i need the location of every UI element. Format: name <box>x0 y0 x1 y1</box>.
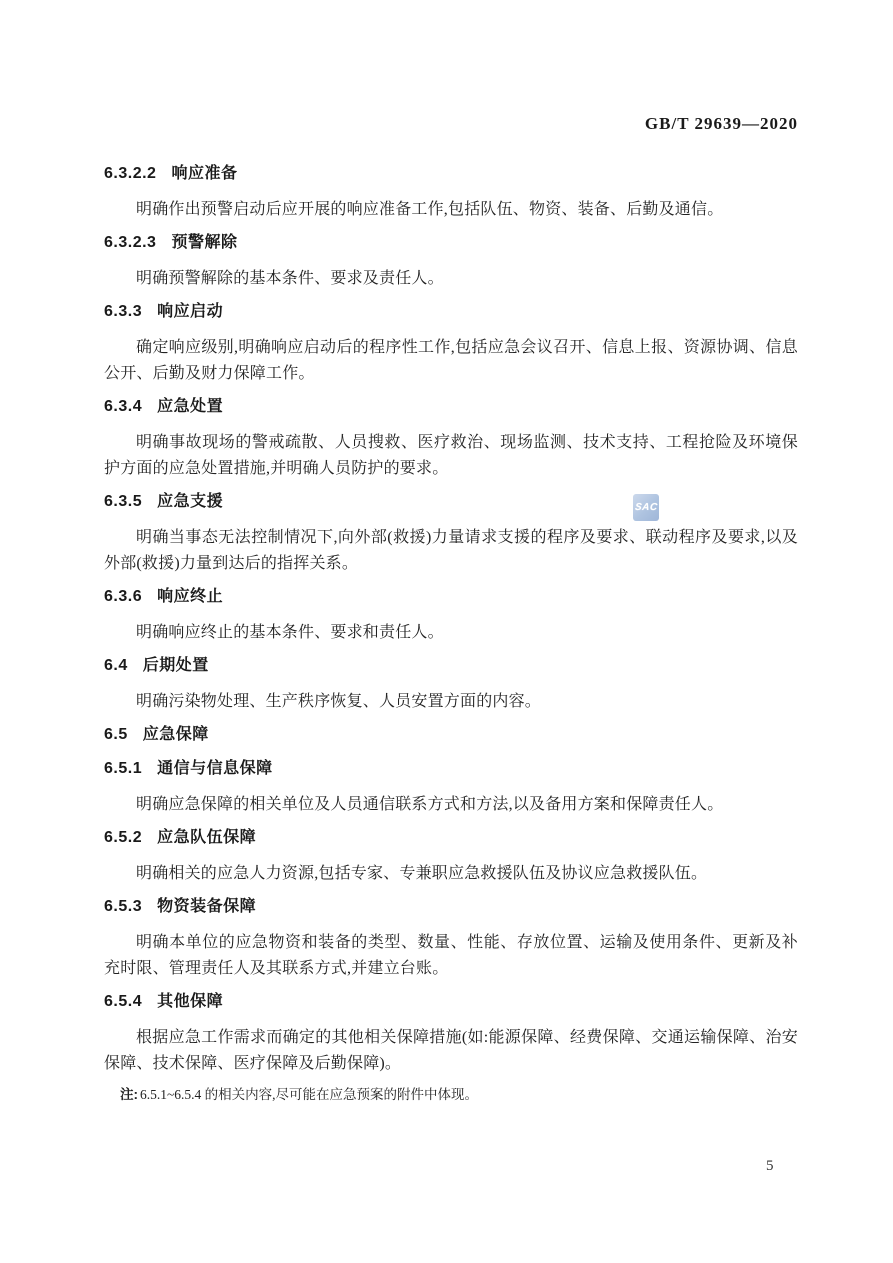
document-section: 6.3.2.2响应准备 明确作出预警启动后应开展的响应准备工作,包括队伍、物资、… <box>104 163 798 223</box>
section-title: 应急支援 <box>157 493 223 510</box>
section-number: 6.3.2.3 <box>104 232 156 254</box>
note-label: 注: <box>120 1087 138 1102</box>
section-paragraph: 明确预警解除的基本条件、要求及责任人。 <box>104 266 798 292</box>
document-section: 6.5.2应急队伍保障 明确相关的应急人力资源,包括专家、专兼职应急救援队伍及协… <box>104 827 798 887</box>
section-number: 6.3.5 <box>104 491 142 513</box>
section-heading: 6.3.5应急支援 <box>104 491 798 513</box>
document-note: 注:6.5.1~6.5.4 的相关内容,尽可能在应急预案的附件中体现。 <box>120 1085 798 1105</box>
section-title: 物资装备保障 <box>157 898 256 915</box>
document-page: GB/T 29639—2020 6.3.2.2响应准备 明确作出预警启动后应开展… <box>0 0 893 1263</box>
standard-number-header: GB/T 29639—2020 <box>104 112 798 136</box>
section-heading: 6.3.6响应终止 <box>104 586 798 608</box>
section-heading: 6.3.4应急处置 <box>104 396 798 418</box>
document-section: 6.5应急保障 <box>104 724 798 746</box>
section-heading: 6.5.1通信与信息保障 <box>104 758 798 780</box>
section-title: 通信与信息保障 <box>157 760 273 777</box>
section-paragraph: 明确事故现场的警戒疏散、人员搜救、医疗救治、现场监测、技术支持、工程抢险及环境保… <box>104 430 798 482</box>
section-paragraph: 明确当事态无法控制情况下,向外部(救援)力量请求支援的程序及要求、联动程序及要求… <box>104 525 798 577</box>
section-paragraph: 明确本单位的应急物资和装备的类型、数量、性能、存放位置、运输及使用条件、更新及补… <box>104 930 798 982</box>
section-number: 6.5.3 <box>104 896 142 918</box>
section-heading: 6.4后期处置 <box>104 655 798 677</box>
section-paragraph: 明确作出预警启动后应开展的响应准备工作,包括队伍、物资、装备、后勤及通信。 <box>104 197 798 223</box>
section-number: 6.5.2 <box>104 827 142 849</box>
section-title: 应急队伍保障 <box>157 829 256 846</box>
note-text: 6.5.1~6.5.4 的相关内容,尽可能在应急预案的附件中体现。 <box>140 1087 478 1102</box>
section-title: 响应启动 <box>157 303 223 320</box>
document-section: 6.5.1通信与信息保障 明确应急保障的相关单位及人员通信联系方式和方法,以及备… <box>104 758 798 818</box>
section-heading: 6.5应急保障 <box>104 724 798 746</box>
section-number: 6.3.3 <box>104 301 142 323</box>
section-number: 6.4 <box>104 655 128 677</box>
section-heading: 6.5.3物资装备保障 <box>104 896 798 918</box>
document-section: 6.4后期处置 明确污染物处理、生产秩序恢复、人员安置方面的内容。 <box>104 655 798 715</box>
document-section: 6.3.3响应启动 确定响应级别,明确响应启动后的程序性工作,包括应急会议召开、… <box>104 301 798 387</box>
section-number: 6.3.6 <box>104 586 142 608</box>
section-heading: 6.5.2应急队伍保障 <box>104 827 798 849</box>
section-paragraph: 明确相关的应急人力资源,包括专家、专兼职应急救援队伍及协议应急救援队伍。 <box>104 861 798 887</box>
section-heading: 6.3.3响应启动 <box>104 301 798 323</box>
section-title: 后期处置 <box>143 657 209 674</box>
section-paragraph: 确定响应级别,明确响应启动后的程序性工作,包括应急会议召开、信息上报、资源协调、… <box>104 335 798 387</box>
section-title: 响应终止 <box>157 588 223 605</box>
section-number: 6.5 <box>104 724 128 746</box>
section-paragraph: 明确响应终止的基本条件、要求和责任人。 <box>104 620 798 646</box>
section-title: 响应准备 <box>171 165 237 182</box>
section-heading: 6.3.2.2响应准备 <box>104 163 798 185</box>
document-section: 6.5.4其他保障 根据应急工作需求而确定的其他相关保障措施(如:能源保障、经费… <box>104 991 798 1077</box>
section-title: 应急处置 <box>157 398 223 415</box>
section-heading: 6.5.4其他保障 <box>104 991 798 1013</box>
sac-watermark-text: SAC <box>634 502 658 513</box>
section-title: 应急保障 <box>143 726 209 743</box>
section-paragraph: 明确应急保障的相关单位及人员通信联系方式和方法,以及备用方案和保障责任人。 <box>104 792 798 818</box>
section-paragraph: 根据应急工作需求而确定的其他相关保障措施(如:能源保障、经费保障、交通运输保障、… <box>104 1025 798 1077</box>
document-section: 6.3.6响应终止 明确响应终止的基本条件、要求和责任人。 <box>104 586 798 646</box>
section-paragraph: 明确污染物处理、生产秩序恢复、人员安置方面的内容。 <box>104 689 798 715</box>
document-section: 6.3.4应急处置 明确事故现场的警戒疏散、人员搜救、医疗救治、现场监测、技术支… <box>104 396 798 482</box>
document-section: 6.5.3物资装备保障 明确本单位的应急物资和装备的类型、数量、性能、存放位置、… <box>104 896 798 982</box>
document-section: 6.3.5应急支援 明确当事态无法控制情况下,向外部(救援)力量请求支援的程序及… <box>104 491 798 577</box>
section-heading: 6.3.2.3预警解除 <box>104 232 798 254</box>
section-number: 6.3.2.2 <box>104 163 156 185</box>
section-number: 6.5.1 <box>104 758 142 780</box>
sac-watermark-logo: SAC <box>633 494 659 521</box>
document-section: 6.3.2.3预警解除 明确预警解除的基本条件、要求及责任人。 <box>104 232 798 292</box>
section-title: 其他保障 <box>157 993 223 1010</box>
sections-container: 6.3.2.2响应准备 明确作出预警启动后应开展的响应准备工作,包括队伍、物资、… <box>104 163 798 1077</box>
section-number: 6.5.4 <box>104 991 142 1013</box>
section-title: 预警解除 <box>171 234 237 251</box>
section-number: 6.3.4 <box>104 396 142 418</box>
page-number: 5 <box>766 1158 774 1175</box>
